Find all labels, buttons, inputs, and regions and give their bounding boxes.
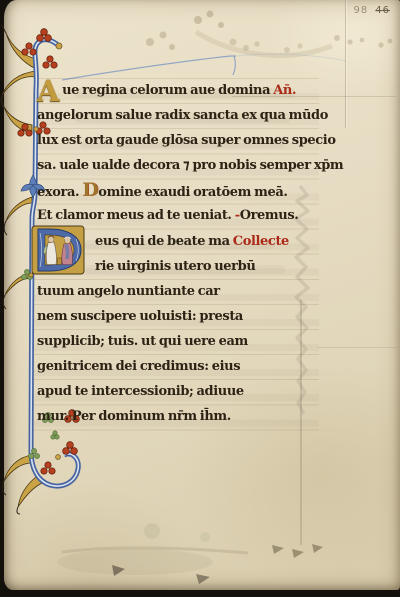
text-line: tuum angelo nuntiante car: [37, 279, 337, 304]
text-line: eus qui de beate ma Collecte: [95, 229, 337, 254]
manuscript-photo: 9846: [0, 0, 400, 597]
body-text: Oremus.: [240, 208, 299, 223]
body-text: nem suscipere uoluisti: presta: [37, 309, 243, 324]
text-line: supplicib; tuis. ut qui uere eam: [37, 329, 337, 354]
body-text: rie uirginis utero uerbū: [95, 259, 255, 274]
text-line: rie uirginis utero uerbū: [95, 254, 337, 279]
text-line: lux est orta gaude glōsa super omnes spe…: [37, 128, 337, 153]
body-text: apud te intercessionib; adiuue: [37, 384, 244, 399]
folio-number-current: 98: [354, 5, 369, 16]
text-line: sa. uale ualde decora ⁊ pro nobis semper…: [37, 153, 337, 178]
folio-number: 9846: [354, 5, 390, 16]
body-text: ue regina celorum aue domina: [62, 83, 273, 98]
body-text: sa. uale ualde decora ⁊ pro nobis semper…: [37, 158, 343, 173]
body-text: angelorum salue radix sancta ex qua mūdo: [37, 108, 328, 123]
body-text: mur. Per dominum nr̄m ih̄m.: [37, 409, 231, 424]
text-line: mur. Per dominum nr̄m ih̄m.: [37, 404, 337, 429]
rubric-text: Collecte: [233, 234, 289, 249]
versal-initial-letter: D: [82, 179, 98, 201]
gold-initial-letter: A: [37, 81, 59, 101]
folio-number-struck: 46: [375, 5, 390, 16]
body-text: supplicib; tuis. ut qui uere eam: [37, 334, 248, 349]
body-text: lux est orta gaude glōsa super omnes spe…: [37, 133, 336, 148]
text-line: genitricem dei credimus: eius: [37, 354, 337, 379]
text-line: apud te intercessionib; adiuue: [37, 379, 337, 404]
rubric-text: An̄.: [273, 83, 296, 98]
text-line: Et clamor meus ad te ueniat. -Oremus.: [37, 203, 337, 228]
body-text: tuum angelo nuntiante car: [37, 284, 220, 299]
text-line: angelorum salue radix sancta ex qua mūdo: [37, 103, 337, 128]
text-line: nem suscipere uoluisti: presta: [37, 304, 337, 329]
text-line: exora. Domine exaudi oratōem meā.: [37, 178, 337, 203]
parchment-crease: [345, 0, 346, 128]
text-line: Aue regina celorum aue domina An̄.: [37, 78, 337, 103]
body-text: genitricem dei credimus: eius: [37, 359, 240, 374]
body-text: omine exaudi oratōem meā.: [98, 185, 287, 200]
body-text: exora.: [37, 185, 82, 200]
body-text: eus qui de beate ma: [95, 234, 233, 249]
text-block: Aue regina celorum aue domina An̄.angelo…: [37, 78, 337, 429]
body-text: Et clamor meus ad te ueniat.: [37, 208, 235, 223]
